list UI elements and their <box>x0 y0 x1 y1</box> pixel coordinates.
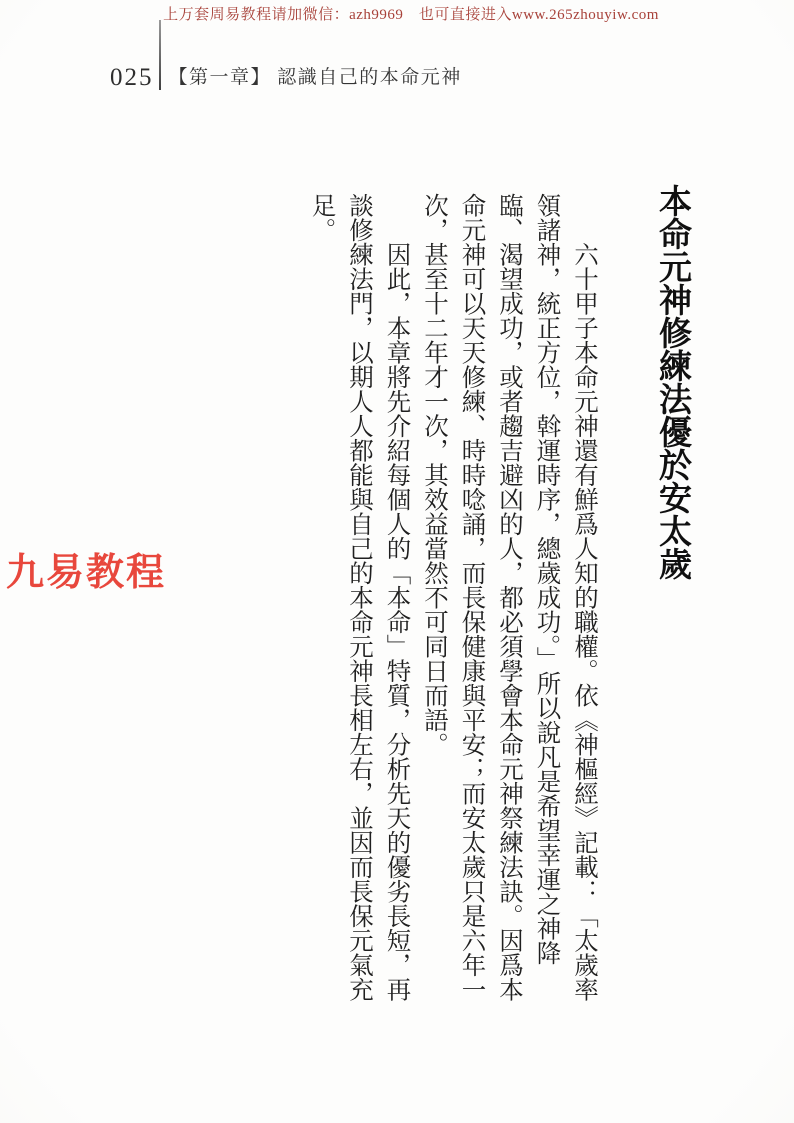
article-paragraph: 因此，本章將先介紹每個人的「本命」特質，分析先天的優劣長短，再談修練法門，以期人… <box>303 184 416 1003</box>
watermark-text: 九易教程 <box>6 541 166 596</box>
article: 本命元神修練法優於安太歲 六十甲子本命元神還有鮮爲人知的職權。依《神樞經》記載：… <box>303 184 695 1022</box>
page-number: 025 <box>110 65 154 90</box>
book-page: 上万套周易教程请加微信：azh9969 也可直接进入www.265zhouyiw… <box>0 0 794 1123</box>
header-divider <box>159 20 161 90</box>
article-title: 本命元神修練法優於安太歲 <box>649 184 695 1022</box>
article-paragraph: 六十甲子本命元神還有鮮爲人知的職權。依《神樞經》記載：「太歲率領諸神，統正方位，… <box>416 184 604 1003</box>
chapter-title: 【第一章】 認識自己的本命元神 <box>169 68 462 89</box>
page-header: 025 【第一章】 認識自己的本命元神 <box>110 20 462 90</box>
